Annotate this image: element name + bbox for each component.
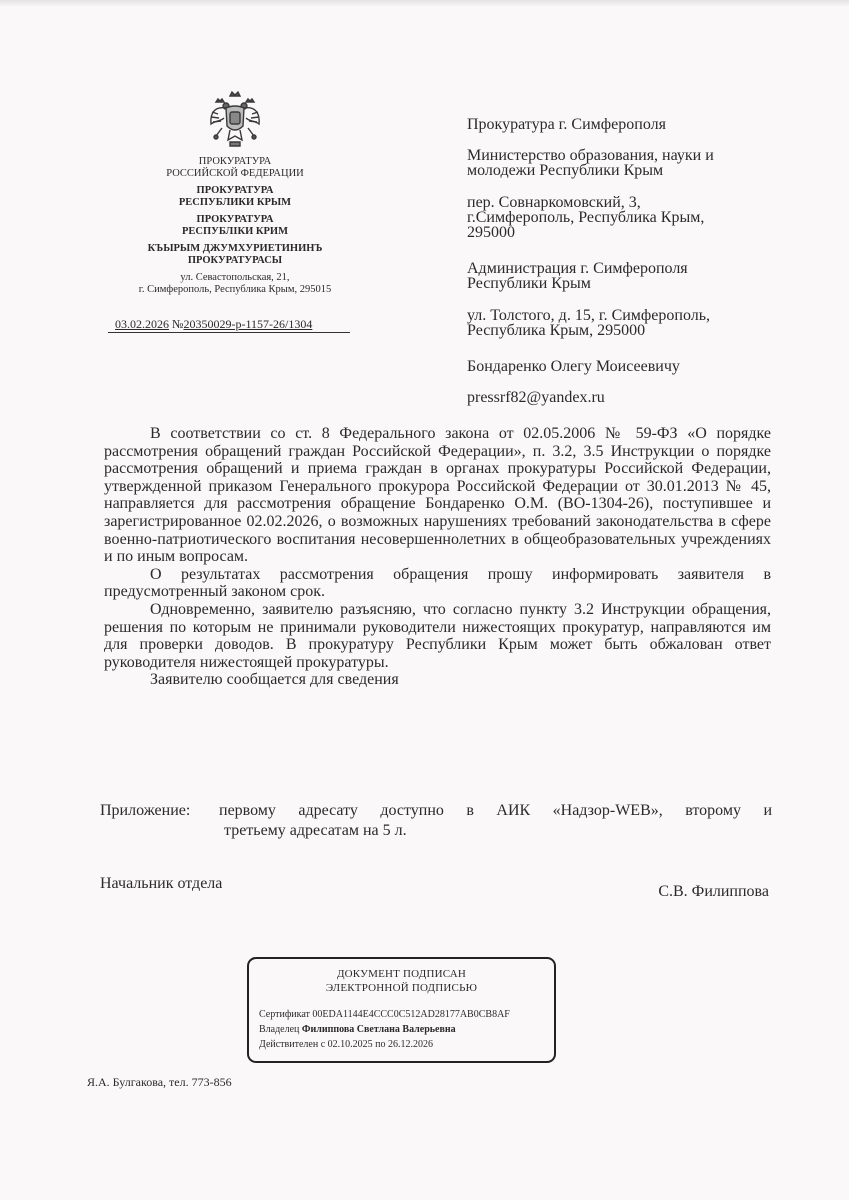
registration-date: 03.02.2026 — [115, 317, 169, 331]
valid-from: 02.10.2025 — [328, 1039, 373, 1050]
owner-label: Владелец — [259, 1024, 299, 1035]
addressee-line: Республика Крым, 295000 — [467, 323, 787, 338]
body-paragraph: О результатах рассмотрения обращения про… — [104, 566, 771, 601]
sender-line: РОССИЙСКОЙ ФЕДЕРАЦИИ — [100, 168, 370, 180]
addressee-line: пер. Совнаркомовский, 3, — [467, 195, 787, 210]
addressee-line: Администрация г. Симферополя — [467, 261, 787, 276]
addressee-line: pressrf82@yandex.ru — [467, 390, 787, 405]
sender-line: ПРОКУРАТУРА — [100, 214, 370, 226]
valid-to: 26.12.2026 — [388, 1039, 433, 1050]
certificate-label: Сертификат — [259, 1009, 310, 1020]
addressee-line: г.Симферополь, Республика Крым, — [467, 210, 787, 225]
certificate-value: 00EDA1144E4CCC0C512AD28177AB0CB8AF — [312, 1009, 509, 1020]
stamp-validity: Действителен с 02.10.2025 по 26.12.2026 — [259, 1039, 433, 1050]
sender-header: ПРОКУРАТУРА РОССИЙСКОЙ ФЕДЕРАЦИИ ПРОКУРА… — [100, 90, 370, 296]
valid-label: Действителен с — [259, 1039, 325, 1050]
body-paragraph: Одновременно, заявителю разъясняю, что с… — [104, 601, 771, 671]
addressee-block: Администрация г. Симферополя Республики … — [467, 261, 787, 291]
sender-line: РЕСПУБЛІКИ КРИМ — [100, 226, 370, 238]
addressee-line: молодежи Республики Крым — [467, 163, 787, 178]
sender-line: КЪЫРЫМ ДЖУМХУРИЕТИНИНЪ — [100, 243, 370, 255]
e-signature-stamp: ДОКУМЕНТ ПОДПИСАН ЭЛЕКТРОННОЙ ПОДПИСЬЮ С… — [247, 957, 556, 1063]
addressee-line: Бондаренко Олегу Моисеевичу — [467, 359, 787, 374]
stamp-title: ДОКУМЕНТ ПОДПИСАН — [249, 968, 554, 980]
stamp-certificate: Сертификат 00EDA1144E4CCC0C512AD28177AB0… — [259, 1009, 510, 1020]
addressee-line: Министерство образования, науки и — [467, 148, 787, 163]
addressee-block: Министерство образования, науки и молоде… — [467, 148, 787, 178]
sender-address: ул. Севастопольская, 21, — [100, 272, 370, 284]
appendix-label: Приложение: — [100, 801, 190, 821]
executor-contact: Я.А. Булгакова, тел. 773-856 — [87, 1075, 232, 1090]
appendix-line: третьему адресатам на 5 л. — [224, 821, 772, 841]
letter-body: В соответствии со ст. 8 Федерального зак… — [104, 425, 771, 689]
addressee-block: ул. Толстого, д. 15, г. Симферополь, Рес… — [467, 308, 787, 338]
sender-line: ПРОКУРАТУРАСЫ — [100, 255, 370, 267]
addressee-line: 295000 — [467, 225, 787, 240]
addressee-block: Бондаренко Олегу Моисеевичу — [467, 359, 787, 374]
sender-line: ПРОКУРАТУРА — [100, 156, 370, 168]
addressee-line: Республики Крым — [467, 276, 787, 291]
registration-line: 03.02.2026 №20350029-р-1157-26/1304 — [108, 317, 350, 333]
signer-position: Начальник отдела — [100, 875, 222, 893]
body-paragraph: В соответствии со ст. 8 Федерального зак… — [104, 425, 771, 566]
addressee-line: ул. Толстого, д. 15, г. Симферополь, — [467, 308, 787, 323]
stamp-owner: Владелец Филиппова Светлана Валерьевна — [259, 1024, 456, 1035]
addressee-block: Прокуратура г. Симферополя — [467, 117, 787, 132]
sender-line: ПРОКУРАТУРА — [100, 185, 370, 197]
stamp-title: ЭЛЕКТРОННОЙ ПОДПИСЬЮ — [249, 982, 554, 994]
registration-number-sign: № — [172, 317, 183, 331]
body-paragraph: Заявителю сообщается для сведения — [104, 671, 771, 689]
appendix: Приложение: первому адресату доступно в … — [100, 801, 772, 841]
addressee-email: pressrf82@yandex.ru — [467, 390, 787, 405]
russian-coat-of-arms-icon — [208, 90, 262, 148]
addressee-block: пер. Совнаркомовский, 3, г.Симферополь, … — [467, 195, 787, 240]
registration-number: 20350029-р-1157-26/1304 — [183, 317, 312, 331]
appendix-line: первому адресату доступно в АИК «Надзор-… — [219, 801, 772, 821]
signer-name: С.В. Филиппова — [658, 883, 769, 901]
scan-top-shadow — [0, 0, 849, 7]
owner-value: Филиппова Светлана Валерьевна — [302, 1024, 456, 1035]
valid-to-label: по — [375, 1039, 385, 1050]
sender-line: РЕСПУБЛИКИ КРЫМ — [100, 197, 370, 209]
addressee-line: Прокуратура г. Симферополя — [467, 117, 787, 132]
sender-address: г. Симферополь, Республика Крым, 295015 — [100, 284, 370, 296]
